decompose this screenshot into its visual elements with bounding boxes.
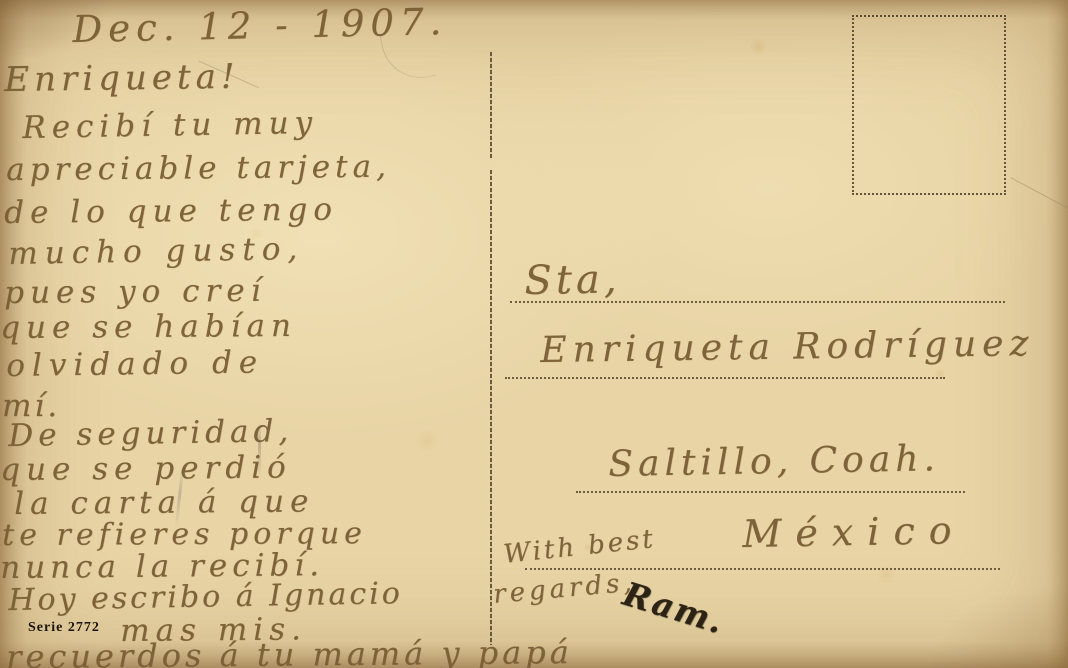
address-country: México	[742, 508, 966, 556]
address-name: Enriqueta Rodríguez	[540, 323, 1035, 371]
address-rule	[525, 568, 1000, 570]
crease-mark	[1010, 177, 1068, 215]
signature: Ram.	[619, 574, 730, 642]
address-rule	[505, 377, 945, 379]
stamp-box	[852, 15, 1006, 195]
message-line: pues yo creí	[4, 273, 267, 311]
address-city: Saltillo, Coah.	[608, 438, 940, 485]
address-title: Sta,	[524, 256, 621, 304]
closing-line: With best	[502, 524, 657, 570]
message-line: apreciable tarjeta,	[6, 149, 391, 188]
message-line: olvidado de	[6, 344, 264, 384]
message-line: que se perdió	[0, 449, 292, 488]
message-line: que se habían	[0, 308, 297, 346]
message-line: De seguridad,	[8, 413, 293, 454]
salutation-line: Enriqueta!	[4, 57, 240, 100]
message-line: Recibí tu muy	[22, 105, 318, 146]
address-rule	[576, 491, 965, 493]
series-imprint: Serie 2772	[28, 620, 100, 636]
date-line: Dec. 12 - 1907.	[72, 0, 448, 51]
message-line: recuerdos á tu mamá y papá	[6, 633, 573, 668]
closing-line: regards,	[492, 568, 637, 610]
postcard-back: Dec. 12 - 1907. Enriqueta! Recibí tu muy…	[0, 0, 1068, 668]
message-line: de lo que tengo	[4, 192, 338, 231]
divider-line	[490, 170, 492, 645]
message-line: mucho gusto,	[8, 231, 304, 272]
divider-line	[490, 52, 492, 158]
